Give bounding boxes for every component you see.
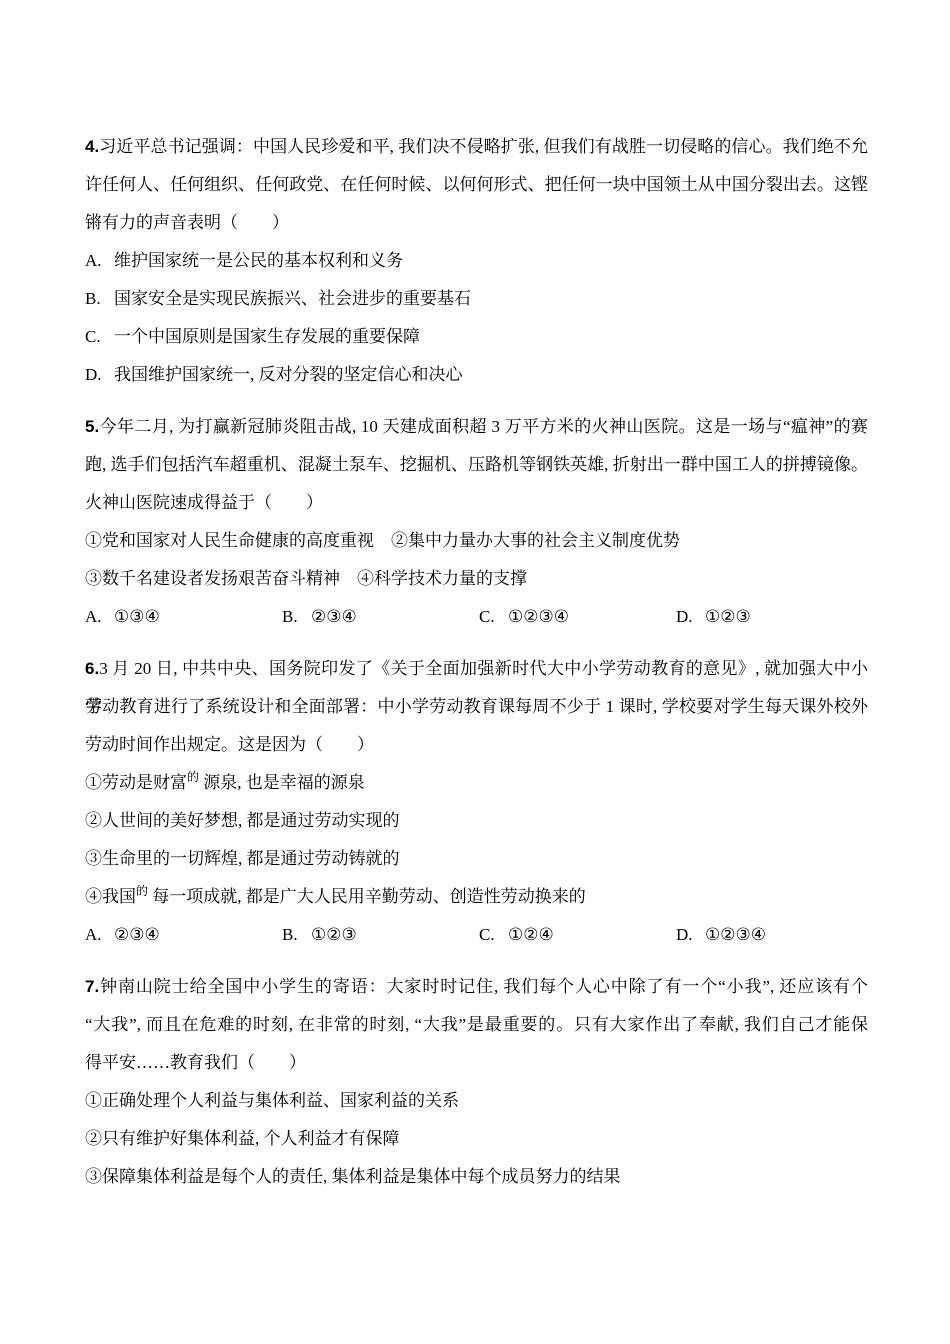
question-stem-line: 4.习近平总书记强调：中国人民珍爱和平, 我们决不侵略扩张, 但我们有战胜一切侵… — [85, 128, 868, 166]
option-text: ①③④ — [114, 607, 160, 626]
option-line-D: D.我国维护国家统一, 反对分裂的坚定信心和决心 — [85, 356, 868, 394]
item-text: 每一项成就, 都是广大人民用辛勤劳动、创造性劳动换来的 — [148, 887, 586, 906]
option-cell-D: D.①②③④ — [676, 916, 766, 954]
question-7: 7.钟南山院士给全国中小学生的寄语：大家时时记住, 我们每个人心中除了有一个“小… — [85, 968, 868, 1196]
numbered-item-line: ③保障集体利益是每个人的责任, 集体利益是集体中每个成员努力的结果 — [85, 1158, 868, 1196]
option-text: 维护国家统一是公民的基本权利和义务 — [114, 251, 403, 270]
numbered-item-line: ①劳动是财富的 源泉, 也是幸福的源泉 — [85, 764, 868, 802]
item-text: ①正确处理个人利益与集体利益、国家利益的关系 — [85, 1091, 459, 1110]
question-stem-line: 火神山医院速成得益于（ ） — [85, 484, 868, 522]
numbered-item-line: ④我国的 每一项成就, 都是广大人民用辛勤劳动、创造性劳动换来的 — [85, 878, 868, 916]
option-line-A: A.维护国家统一是公民的基本权利和义务 — [85, 242, 868, 280]
option-text: ①②③④ — [705, 925, 766, 944]
option-letter: C. — [85, 318, 114, 356]
question-stem-line: 5.今年二月, 为打赢新冠肺炎阻击战, 10 天建成面积超 3 万平方米的火神山… — [85, 408, 868, 446]
question-stem-text: 锵有力的声音表明（ ） — [85, 213, 289, 232]
option-letter: C. — [479, 916, 508, 954]
question-4: 4.习近平总书记强调：中国人民珍爱和平, 我们决不侵略扩张, 但我们有战胜一切侵… — [85, 128, 868, 394]
question-number: 7. — [85, 977, 99, 996]
question-stem-text: 劳动时间作出规定。这是因为（ ） — [85, 735, 374, 754]
option-line-C: C.一个中国原则是国家生存发展的重要保障 — [85, 318, 868, 356]
question-stem-line: 劳动教育进行了系统设计和全面部署：中小学劳动教育课每周不少于 1 课时, 学校要… — [85, 688, 868, 726]
item-text: ②只有维护好集体利益, 个人利益才有保障 — [85, 1129, 400, 1148]
option-text: ①②③ — [705, 607, 751, 626]
option-letter: B. — [282, 916, 311, 954]
item-text: ③保障集体利益是每个人的责任, 集体利益是集体中每个成员努力的结果 — [85, 1167, 621, 1186]
numbered-item-line: ③数千名建设者发扬艰苦奋斗精神 ④科学技术力量的支撑 — [85, 560, 868, 598]
question-6: 6.3 月 20 日, 中共中央、国务院印发了《关于全面加强新时代大中小学劳动教… — [85, 650, 868, 954]
question-stem-text: 钟南山院士给全国中小学生的寄语：大家时时记住, 我们每个人心中除了有一个“小我”… — [99, 977, 868, 996]
numbered-item-line: ②只有维护好集体利益, 个人利益才有保障 — [85, 1120, 868, 1158]
question-stem-text: 今年二月, 为打赢新冠肺炎阻击战, 10 天建成面积超 3 万平方米的火神山医院… — [99, 417, 868, 436]
question-stem-line: 锵有力的声音表明（ ） — [85, 204, 868, 242]
question-stem-text: 跑, 选手们包括汽车超重机、混凝土泵车、挖掘机、压路机等钢铁英雄, 折射出一群中… — [85, 455, 868, 474]
question-stem-line: 7.钟南山院士给全国中小学生的寄语：大家时时记住, 我们每个人心中除了有一个“小… — [85, 968, 868, 1006]
options-row: A.①③④B.②③④C.①②③④D.①②③ — [85, 598, 868, 636]
item-text: ④我国 — [85, 887, 136, 906]
document-page: 4.习近平总书记强调：中国人民珍爱和平, 我们决不侵略扩张, 但我们有战胜一切侵… — [0, 0, 950, 1344]
question-stem-text: 火神山医院速成得益于（ ） — [85, 493, 323, 512]
option-letter: A. — [85, 598, 114, 636]
question-stem-text: 劳动教育进行了系统设计和全面部署：中小学劳动教育课每周不少于 1 课时, 学校要… — [85, 697, 868, 716]
numbered-item-line: ①正确处理个人利益与集体利益、国家利益的关系 — [85, 1082, 868, 1120]
option-line-B: B.国家安全是实现民族振兴、社会进步的重要基石 — [85, 280, 868, 318]
option-letter: B. — [85, 280, 114, 318]
option-cell-B: B.②③④ — [282, 598, 479, 636]
option-cell-C: C.①②④ — [479, 916, 676, 954]
option-text: ①②③ — [311, 925, 357, 944]
question-stem-line: 劳动时间作出规定。这是因为（ ） — [85, 726, 868, 764]
option-letter: C. — [479, 598, 508, 636]
question-stem-text: 得平安……教育我们（ ） — [85, 1053, 306, 1072]
question-stem-line: 6.3 月 20 日, 中共中央、国务院印发了《关于全面加强新时代大中小学劳动教… — [85, 650, 868, 688]
option-cell-C: C.①②③④ — [479, 598, 676, 636]
option-cell-A: A.①③④ — [85, 598, 282, 636]
option-cell-A: A.②③④ — [85, 916, 282, 954]
numbered-item-line: ②人世间的美好梦想, 都是通过劳动实现的 — [85, 802, 868, 840]
item-text: ①党和国家对人民生命健康的高度重视 ②集中力量办大事的社会主义制度优势 — [85, 531, 680, 550]
item-text: 源泉, 也是幸福的源泉 — [199, 773, 365, 792]
option-text: 国家安全是实现民族振兴、社会进步的重要基石 — [114, 289, 471, 308]
question-stem-text: 许任何人、任何组织、任何政党、在任何时候、以何何形式、把任何一块中国领土从中国分… — [85, 175, 868, 194]
options-row: A.②③④B.①②③C.①②④D.①②③④ — [85, 916, 868, 954]
question-stem-text: 习近平总书记强调：中国人民珍爱和平, 我们决不侵略扩张, 但我们有战胜一切侵略的… — [99, 137, 868, 156]
option-letter: B. — [282, 598, 311, 636]
numbered-item-line: ③生命里的一切辉煌, 都是通过劳动铸就的 — [85, 840, 868, 878]
superscript-text: 的 — [187, 770, 199, 784]
question-number: 4. — [85, 137, 99, 156]
question-stem-line: 许任何人、任何组织、任何政党、在任何时候、以何何形式、把任何一块中国领土从中国分… — [85, 166, 868, 204]
option-text: 我国维护国家统一, 反对分裂的坚定信心和决心 — [114, 365, 463, 384]
option-letter: D. — [676, 916, 705, 954]
option-text: 一个中国原则是国家生存发展的重要保障 — [114, 327, 420, 346]
question-stem-text: “大我”, 而且在危难的时刻, 在非常的时刻, “大我”是最重要的。只有大家作出… — [85, 1015, 868, 1034]
numbered-item-line: ①党和国家对人民生命健康的高度重视 ②集中力量办大事的社会主义制度优势 — [85, 522, 868, 560]
question-stem-line: 跑, 选手们包括汽车超重机、混凝土泵车、挖掘机、压路机等钢铁英雄, 折射出一群中… — [85, 446, 868, 484]
item-text: ③生命里的一切辉煌, 都是通过劳动铸就的 — [85, 849, 400, 868]
option-letter: A. — [85, 242, 114, 280]
question-5: 5.今年二月, 为打赢新冠肺炎阻击战, 10 天建成面积超 3 万平方米的火神山… — [85, 408, 868, 636]
option-text: ②③④ — [114, 925, 160, 944]
question-stem-line: “大我”, 而且在危难的时刻, 在非常的时刻, “大我”是最重要的。只有大家作出… — [85, 1006, 868, 1044]
item-text: ③数千名建设者发扬艰苦奋斗精神 ④科学技术力量的支撑 — [85, 569, 527, 588]
option-text: ①②④ — [508, 925, 554, 944]
option-text: ②③④ — [311, 607, 357, 626]
question-number: 5. — [85, 417, 99, 436]
option-text: ①②③④ — [508, 607, 569, 626]
option-cell-B: B.①②③ — [282, 916, 479, 954]
question-number: 6. — [85, 659, 99, 678]
question-stem-line: 得平安……教育我们（ ） — [85, 1044, 868, 1082]
option-cell-D: D.①②③ — [676, 598, 751, 636]
superscript-text: 的 — [136, 884, 148, 898]
item-text: ①劳动是财富 — [85, 773, 187, 792]
option-letter: D. — [85, 356, 114, 394]
option-letter: D. — [676, 598, 705, 636]
option-letter: A. — [85, 916, 114, 954]
item-text: ②人世间的美好梦想, 都是通过劳动实现的 — [85, 811, 400, 830]
